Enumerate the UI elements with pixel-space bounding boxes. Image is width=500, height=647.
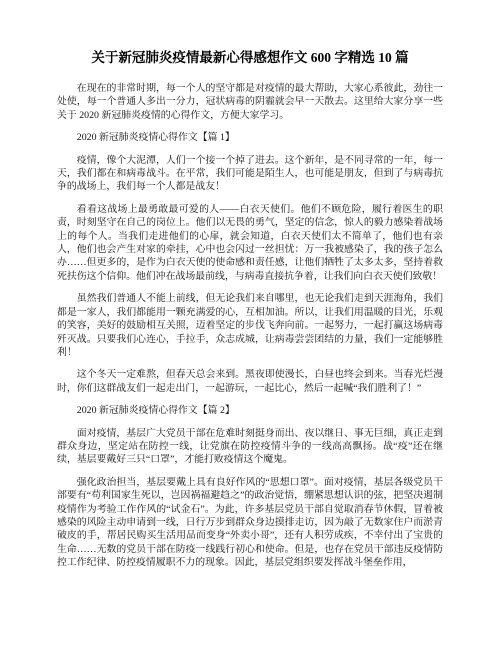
section-1-paragraph: 虽然我们普通人不能上前线，但无论我们来自哪里，也无论我们走到天涯海角，我们都是一… bbox=[57, 292, 443, 359]
intro-paragraph: 在现在的非常时期，每一个人的坚守都是对疫情的最大帮助，大家心系彼此，劲往一处使，… bbox=[57, 82, 443, 122]
section-2-paragraph: 面对疫情，基层广大党员干部在危难时刻挺身而出、夜以继日、事无巨细，真正走到群众身… bbox=[57, 427, 443, 467]
section-1-paragraph: 这个冬天一定难熬，但春天总会来到。黑夜即使漫长，白昼也终会到来。当春光烂漫时，你… bbox=[57, 368, 443, 395]
section-2-paragraph: 强化政治担当，基层要戴上具有良好作风的“思想口罩”。面对疫情，基层各级党员干部要… bbox=[57, 476, 443, 570]
section-1-paragraph: 看看这战场上最勇敢最可爱的人——白衣天使们。他们不顾危险，履行着医生的职责，时刻… bbox=[57, 203, 443, 283]
document-title: 关于新冠肺炎疫情最新心得感想作文 600 字精选 10 篇 bbox=[57, 50, 443, 66]
section-1-paragraph: 疫情，像个大泥潭，人们一个接一个掉了进去。这个新年，是不同寻常的一年，每一天，我… bbox=[57, 154, 443, 194]
section-1-heading: 2020 新冠肺炎疫情心得作文【篇 1】 bbox=[57, 131, 443, 144]
document-page: 关于新冠肺炎疫情最新心得感想作文 600 字精选 10 篇 在现在的非常时期，每… bbox=[0, 0, 500, 647]
section-2-heading: 2020 新冠肺炎疫情心得作文【篇 2】 bbox=[57, 404, 443, 417]
